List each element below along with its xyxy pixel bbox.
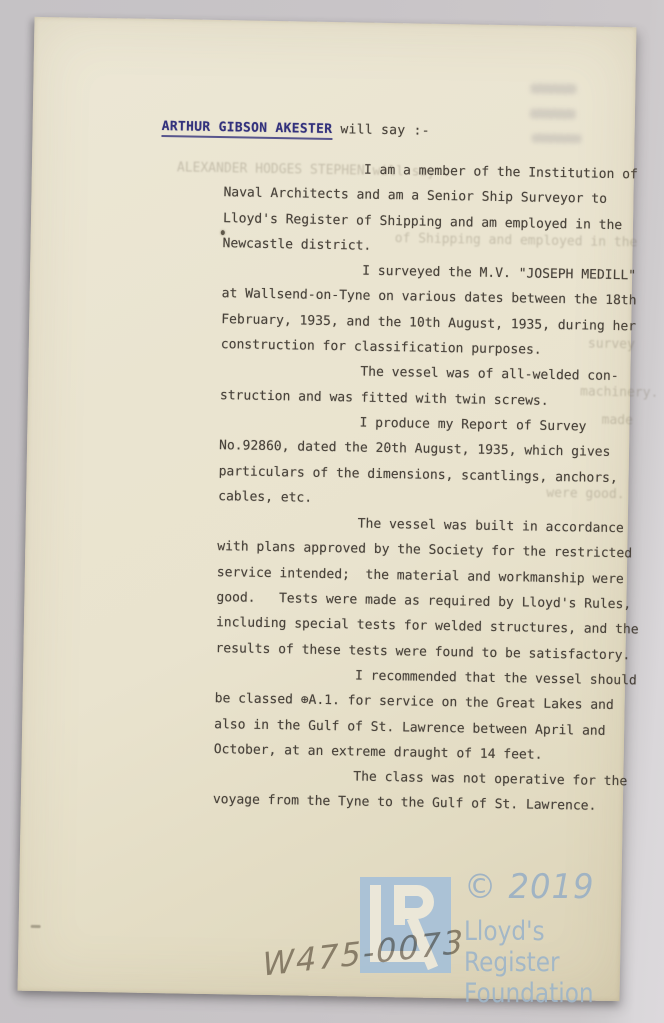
watermark-org-line1: Lloyd's Register bbox=[464, 916, 636, 978]
statement-heading: ARTHUR GIBSON AKESTER will say :- bbox=[162, 118, 430, 140]
paper-speck bbox=[31, 925, 41, 928]
scanned-document-photo: { "scene": { "background_left": "#c5c2c5… bbox=[0, 0, 664, 1023]
document-page: ALEXANDER HODGES STEPHEN will say :-of S… bbox=[18, 17, 637, 1001]
ink-smudge bbox=[530, 83, 576, 94]
ghost-layer: ALEXANDER HODGES STEPHEN will say :-of S… bbox=[35, 17, 637, 28]
watermark-org-line2: Foundation bbox=[464, 978, 636, 1009]
witness-name: ARTHUR GIBSON AKESTER bbox=[161, 119, 332, 140]
ink-smudge bbox=[531, 134, 581, 144]
watermark-copyright: © 2019 bbox=[464, 867, 594, 907]
watermark-organisation: Lloyd's Register Foundation bbox=[464, 916, 636, 1009]
typed-body: I am a member of the Institution ofNaval… bbox=[213, 155, 650, 820]
heading-suffix: will say :- bbox=[332, 122, 430, 139]
ink-smudge bbox=[530, 108, 576, 119]
